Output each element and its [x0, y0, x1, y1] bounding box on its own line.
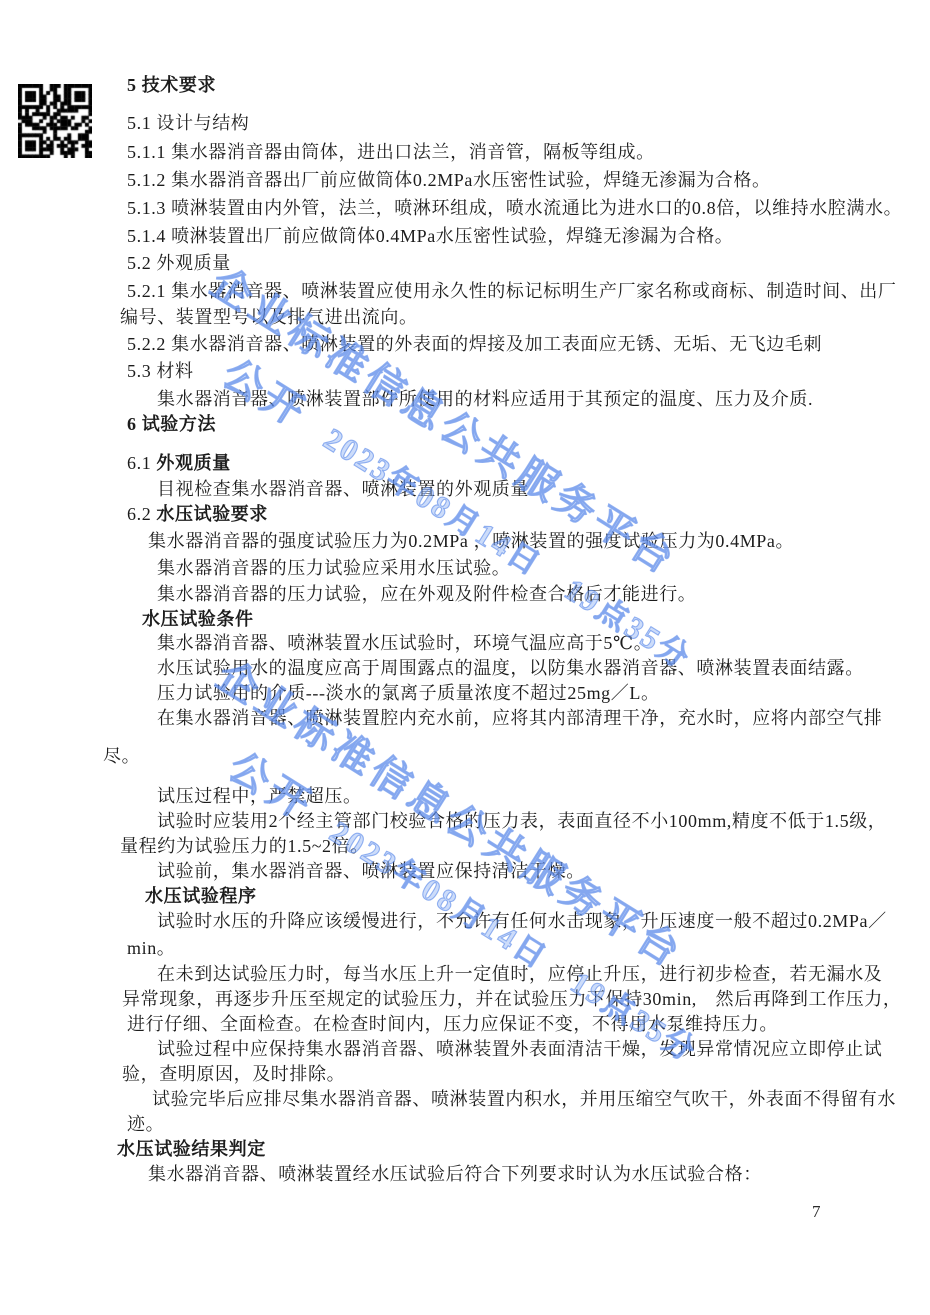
text-line: 6 试验方法 — [127, 413, 216, 436]
text-line: 集水器消音器、喷淋装置水压试验时，环境气温应高于5℃。 — [157, 632, 652, 655]
text-part: 水压试验要求 — [156, 504, 268, 524]
text-line: 5.1.1 集水器消音器由筒体，进出口法兰，消音管，隔板等组成。 — [127, 141, 655, 164]
text-line: 5.2 外观质量 — [127, 252, 231, 275]
text-line: 6.2 水压试验要求 — [127, 503, 268, 526]
text-line: 集水器消音器的压力试验应采用水压试验。 — [157, 557, 510, 580]
text-line: min。 — [127, 937, 175, 960]
text-line: 5.1 设计与结构 — [127, 112, 249, 135]
text-line: 目视检查集水器消音器、喷淋装置的外观质量 — [157, 478, 529, 501]
text-line: 水压试验条件 — [142, 608, 254, 631]
text-line: 水压试验用水的温度应高于周围露点的温度，以防集水器消音器、喷淋装置表面结露。 — [157, 657, 864, 680]
text-line: 5.1.4 喷淋装置出厂前应做筒体0.4MPa水压密性试验，焊缝无渗漏为合格。 — [127, 225, 733, 248]
document-page: 企业标准信息公共服务平台 公开2023年08月14日 19点35分 企业标准信息… — [0, 0, 930, 1315]
text-line: 集水器消音器的压力试验，应在外观及附件检查合格后才能进行。 — [157, 583, 696, 606]
text-line: 水压试验程序 — [145, 885, 257, 908]
text-line: 编号、装置型号以及排气进出流向。 — [120, 306, 418, 329]
qr-code — [18, 84, 92, 158]
text-line: 6.1 外观质量 — [127, 452, 231, 475]
text-line: 5.3 材料 — [127, 360, 194, 383]
text-line: 迹。 — [127, 1113, 164, 1136]
text-part: 外观质量 — [156, 453, 230, 473]
page-number: 7 — [812, 1202, 821, 1222]
text-line: 集水器消音器、喷淋装置部件所使用的材料应适用于其预定的温度、压力及介质. — [157, 388, 813, 411]
text-line: 在未到达试验压力时，每当水压上升一定值时，应停止升压，进行初步检查，若无漏水及 — [157, 963, 882, 986]
text-line: 试验前，集水器消音器、喷淋装置应保持清洁干燥。 — [157, 860, 585, 883]
text-line: 试验过程中应保持集水器消音器、喷淋装置外表面清洁干燥，发现异常情况应立即停止试 — [157, 1038, 882, 1061]
text-line: 压力试验用的介质---淡水的氯离子质量浓度不超过25mg／L。 — [157, 682, 660, 705]
text-line: 集水器消音器的强度试验压力为0.2MPa ，喷淋装置的强度试验压力为0.4MPa… — [148, 530, 794, 553]
text-line: 试压过程中，严禁超压。 — [157, 785, 362, 808]
text-part: 6.1 — [127, 453, 156, 473]
text-line: 5 技术要求 — [127, 74, 216, 97]
text-line: 5.1.3 喷淋装置由内外管，法兰，喷淋环组成，喷水流通比为进水口的0.8倍，以… — [127, 197, 902, 220]
text-line: 试验时应装用2个经主管部门校验合格的压力表，表面直径不小100mm,精度不低于1… — [157, 810, 886, 833]
text-line: 5.1.2 集水器消音器出厂前应做筒体0.2MPa水压密性试验，焊缝无渗漏为合格… — [127, 169, 771, 192]
text-line: 量程约为试验压力的1.5~2倍。 — [120, 835, 369, 858]
text-line: 异常现象，再逐步升压至规定的试验压力，并在试验压力下保持30min, 然后再降到… — [122, 988, 902, 1011]
text-line: 集水器消音器、喷淋装置经水压试验后符合下列要求时认为水压试验合格： — [148, 1163, 762, 1186]
text-line: 在集水器消音器、喷淋装置腔内充水前，应将其内部清理干净，充水时，应将内部空气排 — [157, 707, 882, 730]
text-line: 试验时水压的升降应该缓慢进行，不允许有任何水击现象，升压速度一般不超过0.2MP… — [157, 910, 887, 933]
text-line: 5.2.2 集水器消音器、喷淋装置的外表面的焊接及加工表面应无锈、无垢、无飞边毛… — [127, 333, 822, 356]
text-line: 试验完毕后应排尽集水器消音器、喷淋装置内积水，并用压缩空气吹干，外表面不得留有水 — [152, 1088, 896, 1111]
text-line: 水压试验结果判定 — [117, 1138, 266, 1161]
text-part: 6.2 — [127, 504, 156, 524]
text-line: 进行仔细、全面检查。在检查时间内，压力应保证不变，不得用水泵维持压力。 — [127, 1013, 778, 1036]
text-line: 5.2.1 集水器消音器、喷淋装置应使用永久性的标记标明生产厂家名称或商标、制造… — [127, 280, 897, 303]
text-line: 尽。 — [103, 745, 140, 768]
text-line: 验，查明原因，及时排除。 — [122, 1063, 345, 1086]
